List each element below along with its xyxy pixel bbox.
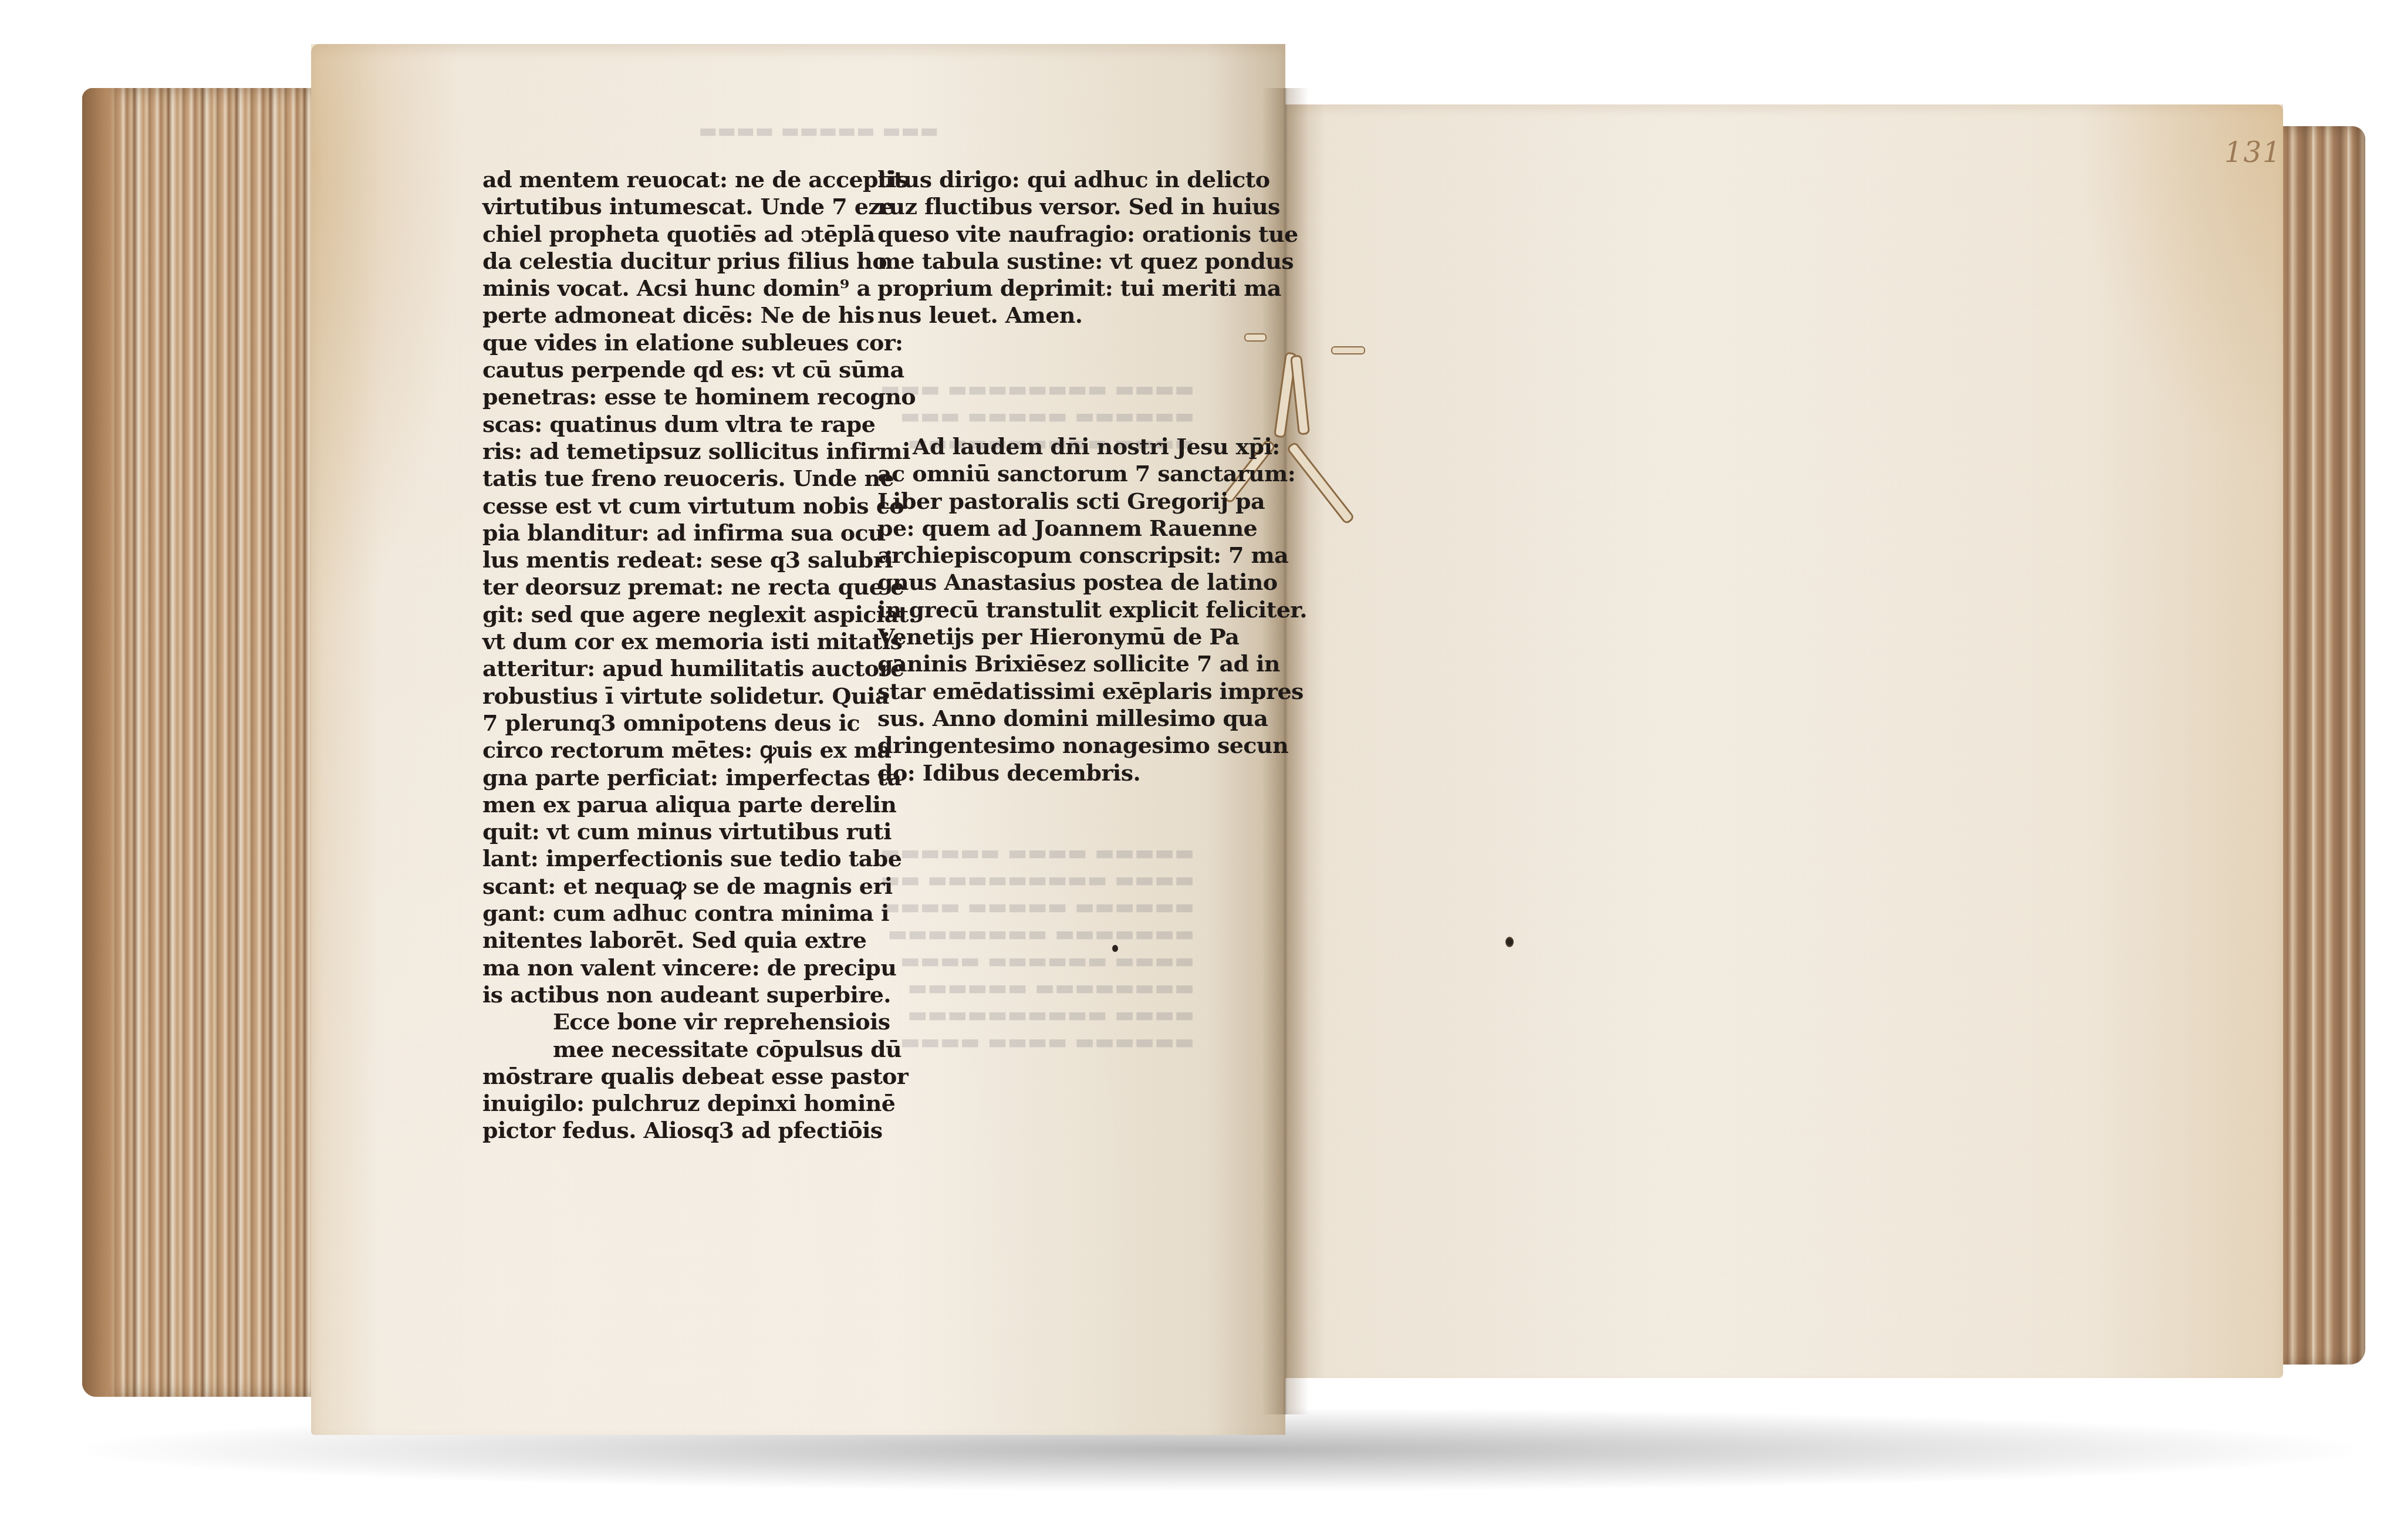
text-line: cautus perpende qd es: vt cū sūma: [482, 356, 858, 383]
colophon-line: pe: quem ad Joannem Rauenne: [877, 515, 1307, 542]
text-line: nus leuet. Amen.: [877, 302, 1265, 329]
text-line: queso vite naufragio: orationis tue: [877, 221, 1265, 248]
text-line: lant: imperfectionis sue tedio tabe: [482, 845, 858, 872]
text-line: litus dirigo: qui adhuc in delicto: [877, 166, 1265, 193]
paragraph-start-line: Ecce bone vir reprehensiois: [482, 1008, 858, 1035]
text-line: circo rectorum mētes: ꝙuis ex ma: [482, 737, 858, 764]
text-line: git: sed que agere neglexit aspiciat:: [482, 601, 858, 628]
text-line: penetras: esse te hominem recogno: [482, 383, 858, 410]
text-line: proprium deprimit: tui meriti ma: [877, 275, 1265, 302]
text-line: lus mentis redeat: sese q3 salubri: [482, 546, 858, 573]
text-line: tatis tue freno reuoceris. Unde ne: [482, 465, 858, 492]
text-line: vt dum cor ex memoria isti mitatis: [482, 628, 858, 655]
text-line: me tabula sustine: vt quez pondus: [877, 248, 1265, 275]
right-text-block-edges: [2277, 126, 2365, 1365]
show-through-running-head: ▬▬▬ ▬▬▬▬▬ ▬▬▬▬: [698, 117, 938, 144]
text-line: ad mentem reuocat: ne de acceptis: [482, 166, 858, 193]
wormhole: [1112, 945, 1118, 952]
text-column-b: litus dirigo: qui adhuc in delicto ruz f…: [877, 166, 1265, 329]
text-line: pia blanditur: ad infirma sua ocu: [482, 519, 858, 546]
text-line: quit: vt cum minus virtutibus ruti: [482, 818, 858, 845]
text-line: ris: ad temetipsuz sollicitus infirmi: [482, 438, 858, 465]
text-line: mōstrare qualis debeat esse pastor: [482, 1063, 858, 1090]
sewing-thread-stub: [1244, 333, 1267, 342]
text-line: perte admoneat dicēs: Ne de his: [482, 302, 858, 329]
sewing-thread-stub: [1331, 346, 1365, 354]
colophon-line: dringentesimo nonagesimo secun: [877, 732, 1307, 759]
left-text-block-edges: [82, 88, 335, 1397]
wormhole: [1505, 937, 1514, 947]
text-line: da celestia ducitur prius filius ho: [482, 248, 858, 275]
colophon-line: star emēdatissimi exēplaris impres: [877, 678, 1307, 705]
colophon-line: gnus Anastasius postea de latino: [877, 569, 1307, 596]
colophon-line: do: Idibus decembris.: [877, 759, 1307, 786]
text-line: atteritur: apud humilitatis auctorē: [482, 655, 858, 682]
colophon-line: archiepiscopum conscripsit: 7 ma: [877, 542, 1307, 569]
colophon-line: in grecū transtulit explicit feliciter.: [877, 596, 1307, 623]
colophon-line: ganinis Brixiēsez sollicite 7 ad in: [877, 650, 1307, 677]
colophon: Ad laudem dn̄i nostri Jesu xp̄i: ac omni…: [877, 433, 1307, 786]
colophon-line: ac omniū sanctorum 7 sanctarum:: [877, 460, 1307, 487]
text-line: mee necessitate cōpulsus dū: [482, 1036, 858, 1063]
text-line: gant: cum adhuc contra minima i: [482, 900, 858, 927]
text-line: ruz fluctibus versor. Sed in huius: [877, 193, 1265, 220]
text-line: minis vocat. Acsi hunc domin⁹ a: [482, 275, 858, 302]
text-line: 7 plerunq3 omnipotens deus ic: [482, 710, 858, 737]
text-line: scant: et nequaꝙ se de magnis eri: [482, 873, 858, 900]
text-line: ma non valent vincere: de precipu: [482, 954, 858, 981]
text-line: cesse est vt cum virtutum nobis co: [482, 492, 858, 519]
text-line: robustius ī virtute solidetur. Quia: [482, 683, 858, 710]
text-line: inuigilo: pulchruz depinxi hominē: [482, 1090, 858, 1117]
show-through-text: ▬▬▬▬▬ ▬▬▬▬ ▬▬▬▬▬▬▬▬▬▬ ▬▬▬▬▬▬▬▬▬ ▬▬▬▬▬▬▬▬…: [880, 839, 1194, 1055]
text-line: ter deorsuz premat: ne recta que e: [482, 573, 858, 600]
colophon-line: Venetijs per Hieronymū de Pa: [877, 623, 1307, 650]
colophon-line: Liber pastoralis scti Gregorij pa: [877, 488, 1307, 515]
text-line: chiel propheta quotiēs ad ↄtēplā: [482, 221, 858, 248]
text-column-a: ad mentem reuocat: ne de acceptis virtut…: [482, 166, 858, 1144]
text-line: men ex parua aliqua parte derelin: [482, 791, 858, 818]
text-line: gna parte perficiat: imperfectas ta: [482, 764, 858, 791]
folio-number: 131: [2224, 136, 2282, 169]
text-line: nitentes laborēt. Sed quia extre: [482, 927, 858, 954]
right-page: [1285, 104, 2283, 1378]
colophon-line: sus. Anno domini millesimo qua: [877, 705, 1307, 732]
text-line: pictor fedus. Aliosq3 ad pfectiōis: [482, 1117, 858, 1144]
text-line: virtutibus intumescat. Unde 7 eze: [482, 193, 858, 220]
colophon-line: Ad laudem dn̄i nostri Jesu xp̄i:: [877, 433, 1307, 460]
text-line: is actibus non audeant superbire.: [482, 981, 858, 1008]
text-line: scas: quatinus dum vltra te rape: [482, 411, 858, 438]
text-line: que vides in elatione subleues cor:: [482, 329, 858, 356]
